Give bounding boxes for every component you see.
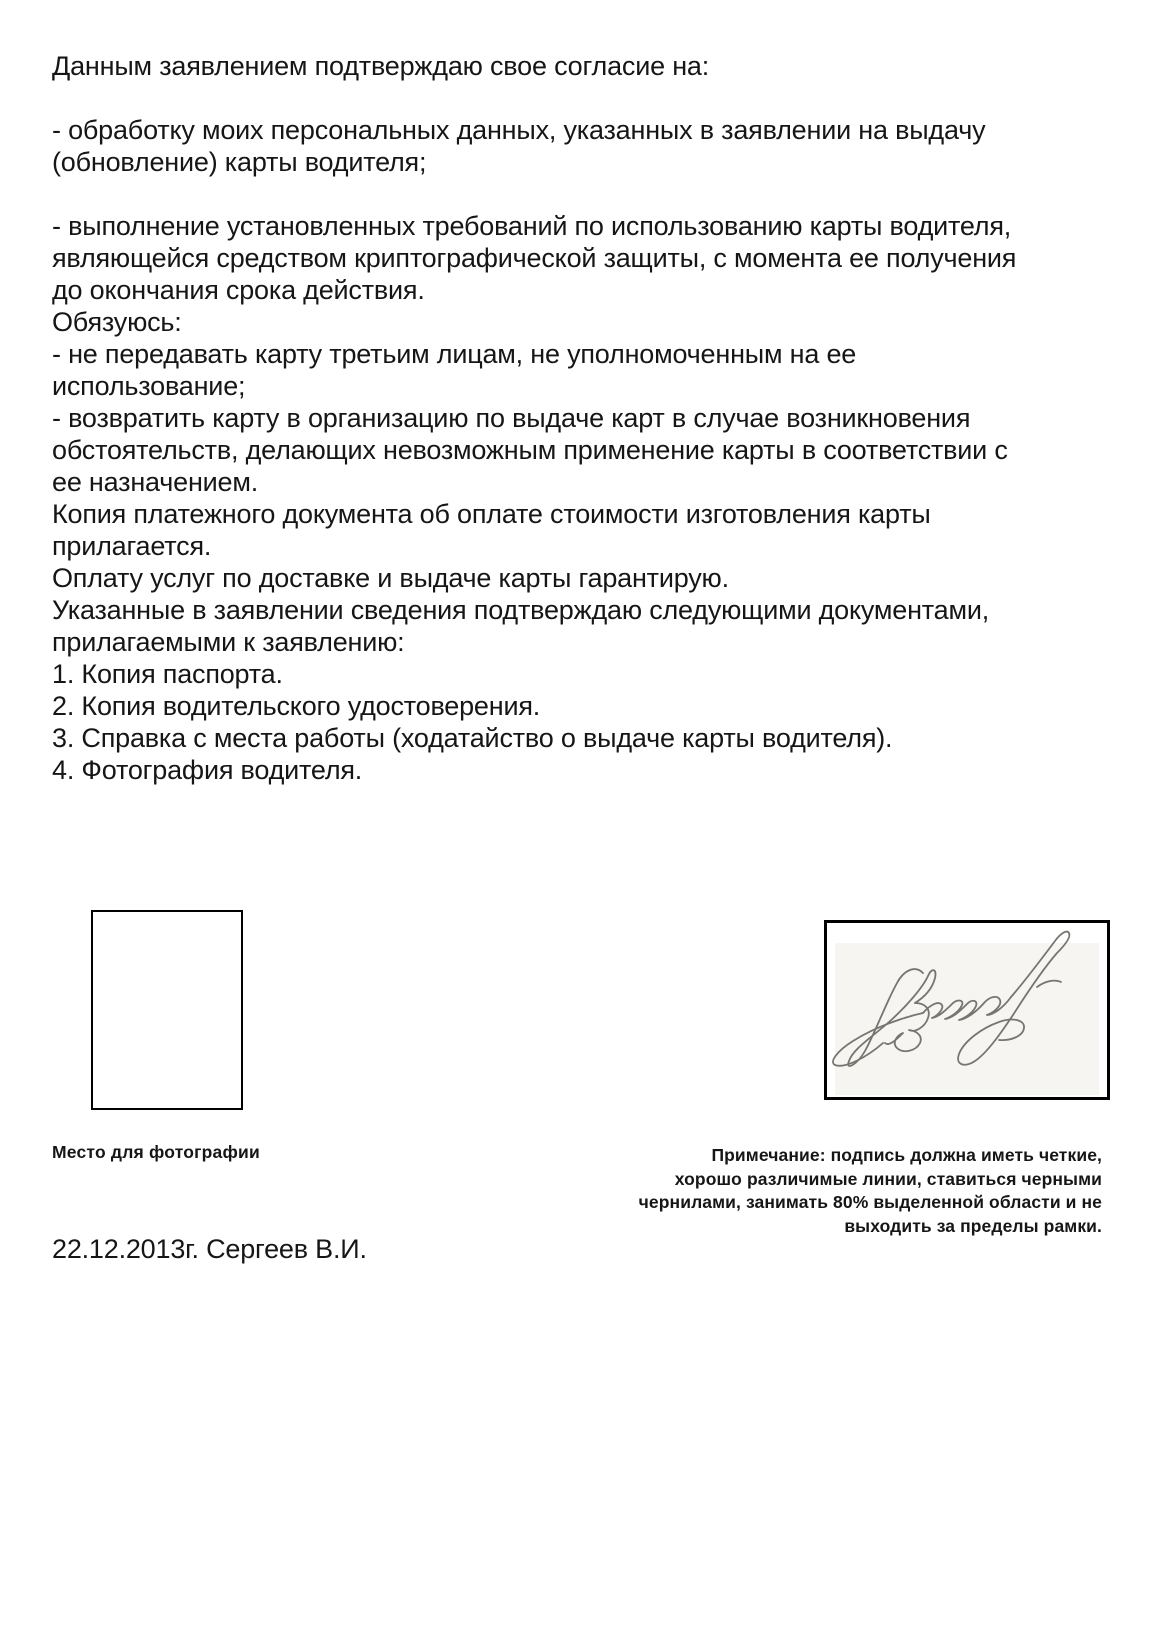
text-line: обстоятельств, делающих невозможным прим… [52,434,1122,466]
text-line: являющейся средством криптографической з… [52,242,1122,274]
text-line: ее назначением. [52,466,1122,498]
consent-text-block: Данным заявлением подтверждаю свое согла… [52,50,1122,786]
text-line: Обязуюсь: [52,306,1122,338]
list-item-line: 4. Фотография водителя. [52,754,1122,786]
note-line: выходить за пределы рамки. [502,1215,1102,1239]
text-line: Оплату услуг по доставке и выдаче карты … [52,562,1122,594]
photo-placeholder-label: Место для фотографии [52,1142,260,1163]
text-line: Копия платежного документа об оплате сто… [52,498,1122,530]
date-and-signer-name: 22.12.2013г. Сергеев В.И. [52,1234,367,1265]
list-item-line: 2. Копия водительского удостоверения. [52,690,1122,722]
text-line: прилагаемыми к заявлению: [52,626,1122,658]
signature-box [824,920,1110,1100]
text-line: использование; [52,370,1122,402]
note-line: хорошо различимые линии, ставиться черны… [502,1168,1102,1192]
signature-note: Примечание: подпись должна иметь четкие,… [502,1144,1102,1238]
driver-card-application-page: Данным заявлением подтверждаю свое согла… [0,0,1164,1652]
text-line: - не передавать карту третьим лицам, не … [52,338,1122,370]
text-line: Данным заявлением подтверждаю свое согла… [52,50,1122,82]
text-line: прилагается. [52,530,1122,562]
text-line: до окончания срока действия. [52,274,1122,306]
text-line: - возвратить карту в организацию по выда… [52,402,1122,434]
text-line: (обновление) карты водителя; [52,146,1122,178]
note-line: Примечание: подпись должна иметь четкие, [502,1144,1102,1168]
note-line: чернилами, занимать 80% выделенной облас… [502,1191,1102,1215]
list-item-line: 1. Копия паспорта. [52,658,1122,690]
signature-paper [835,943,1099,1095]
text-line [52,178,1122,210]
text-line: Указанные в заявлении сведения подтвержд… [52,594,1122,626]
photo-placeholder-box [91,910,243,1110]
text-line: - выполнение установленных требований по… [52,210,1122,242]
list-item-line: 3. Справка с места работы (ходатайство о… [52,722,1122,754]
handwritten-signature-icon [827,923,1107,1097]
text-line: - обработку моих персональных данных, ук… [52,114,1122,146]
text-line [52,82,1122,114]
